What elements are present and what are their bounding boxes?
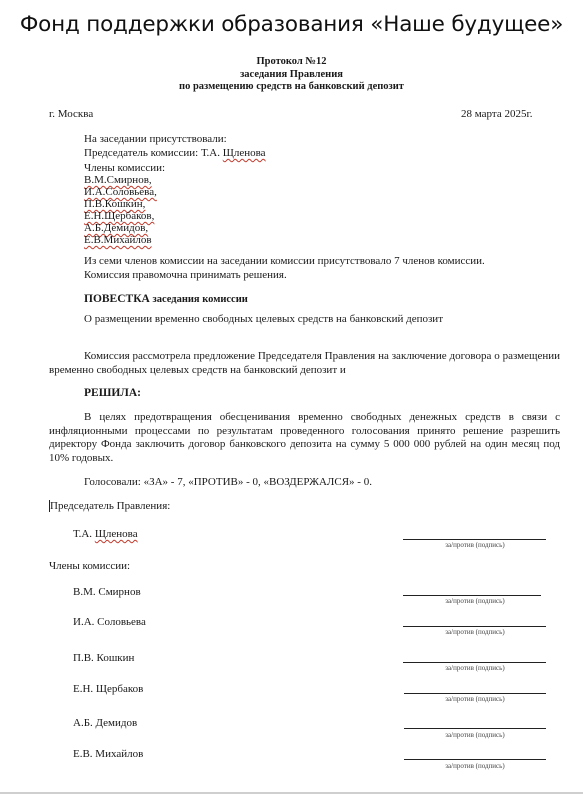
signature-chair-label: Председатель Правления:: [50, 500, 170, 512]
agenda-item: О размещении временно свободных целевых …: [84, 313, 443, 325]
signature-members-label: Члены комиссии:: [49, 560, 130, 572]
member-list-item: В.М.Смирнов,: [84, 174, 152, 186]
protocol-meeting: заседания Правления: [0, 69, 583, 80]
chair-label: Председатель комиссии: Т.А.: [84, 147, 223, 159]
chair-name: Щленова: [223, 147, 266, 159]
signature-line: [403, 662, 546, 663]
agenda-heading: ПОВЕСТКА заседания комиссии: [84, 293, 248, 305]
member-list-item: Е.В.Михайлов: [84, 234, 152, 246]
member-list-item: А.Б.Демидов,: [84, 222, 148, 234]
signature-member-name: И.А. Соловьева: [73, 616, 146, 628]
member-list-item: И.А.Соловьева,: [84, 186, 157, 198]
members-label: Члены комиссии:: [84, 162, 165, 174]
city: г. Москва: [49, 108, 93, 120]
signature-line: [404, 759, 546, 760]
signature-caption: за/против (подпись): [420, 541, 530, 549]
signature-member-name: П.В. Кошкин: [73, 652, 134, 664]
signature-line: [404, 728, 546, 729]
signature-member-name: А.Б. Демидов: [73, 717, 137, 729]
quorum-line-2: Комиссия правомочна принимать решения.: [84, 269, 287, 281]
signature-member-name: Е.Н. Щербаков: [73, 683, 143, 695]
decision-paragraph: В целях предотвращения обесценивания вре…: [49, 411, 560, 465]
attendance-intro: На заседании присутствовали:: [84, 133, 227, 145]
signature-chair-name: Т.А. Щленова: [73, 528, 138, 540]
signature-caption: за/против (подпись): [420, 731, 530, 739]
protocol-subject: по размещению средств на банковский депо…: [0, 81, 583, 92]
signature-line: [403, 626, 546, 627]
signature-line: [403, 539, 546, 540]
signature-line: [404, 693, 546, 694]
member-list-item: Е.Н.Щербаков,: [84, 210, 154, 222]
member-list-item: П.В.Кошкин,: [84, 198, 145, 210]
chair-line: Председатель комиссии: Т.А. Щленова: [84, 147, 266, 159]
signature-caption: за/против (подпись): [420, 695, 530, 703]
signature-caption: за/против (подпись): [420, 664, 530, 672]
signature-caption: за/против (подпись): [420, 762, 530, 770]
organization-title: Фонд поддержки образования «Наше будущее…: [0, 12, 583, 37]
decision-heading: РЕШИЛА:: [84, 387, 141, 399]
signature-line: [403, 595, 541, 596]
document-page: Фонд поддержки образования «Наше будущее…: [0, 0, 583, 794]
signature-caption: за/против (подпись): [420, 628, 530, 636]
signature-caption: за/против (подпись): [420, 597, 530, 605]
protocol-number: Протокол №12: [0, 56, 583, 67]
voting-result: Голосовали: «ЗА» - 7, «ПРОТИВ» - 0, «ВОЗ…: [84, 476, 372, 488]
signature-member-name: В.М. Смирнов: [73, 586, 141, 598]
consideration-paragraph: Комиссия рассмотрела предложение Председ…: [49, 350, 560, 377]
date: 28 марта 2025г.: [461, 108, 532, 120]
signature-member-name: Е.В. Михайлов: [73, 748, 143, 760]
quorum-line-1: Из семи членов комиссии на заседании ком…: [84, 255, 485, 267]
